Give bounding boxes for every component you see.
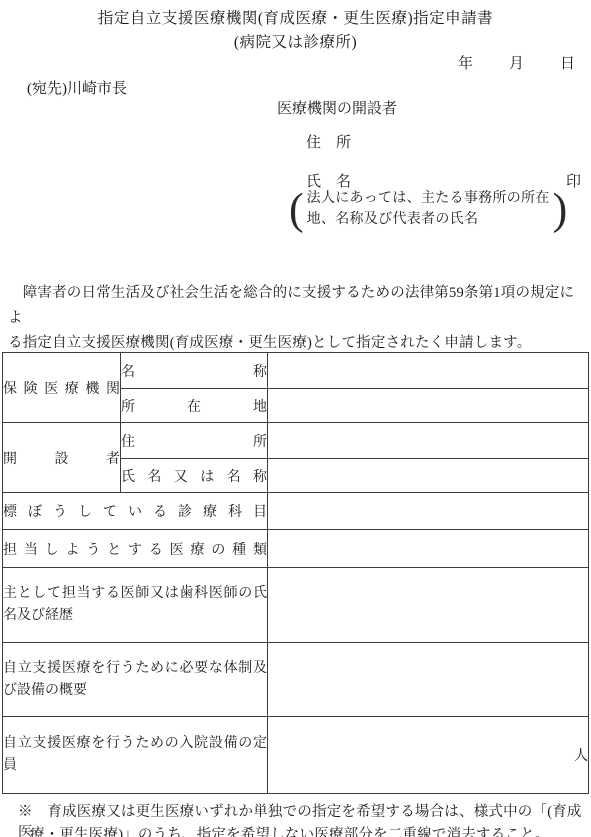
addressee-line: (宛先)川崎市長 [27,77,127,98]
medical-departments-input-area [268,493,589,530]
founder-name-label: 氏名又は名称 [121,459,268,493]
form-subtitle: (病院又は診療所) [0,30,591,52]
bracket-left-icon: ( [289,186,304,233]
institution-name-input-area [268,353,589,389]
corporate-note: ( 法人にあっては、主たる事務所の所在 地、名称及び代表者の氏名 ) [289,186,567,232]
founder-address-input-area [268,423,589,459]
seal-mark: 印 [566,170,581,191]
corporate-note-line: 地、名称及び代表者の氏名 [307,209,550,230]
opener-heading: 医療機関の開設者 [277,97,397,118]
system-facilities-input-area [268,643,589,717]
medical-care-type-label: 担当しようとする医療の種類 [3,530,268,568]
institution-location-label: 所在地 [121,389,268,423]
table-row: 自立支援医療を行うために必要な体制及び設備の概要 [3,643,589,717]
address-label: 住 所 [306,131,351,152]
statement-line: 障害者の日常生活及び社会生活を総合的に支援するための法律第59条第1項の規定によ [8,281,586,331]
table-row: 標ぼうしている診療科目 [3,493,589,530]
application-form-page: 指定自立支援医療機関(育成医療・更生医療)指定申請書 (病院又は診療所) 年 月… [0,0,591,837]
footnote-line: 療・更生医療)」のうち、指定を希望しない医療部分を二重線で消去すること。 [30,823,550,837]
insurance-institution-group-label: 保険医療機関 [3,353,121,423]
table-row: 自立支援医療を行うための入院設備の定員 人 [3,717,589,794]
table-row: 主として担当する医師又は歯科医師の氏名及び経歴 [3,568,589,643]
founder-name-input-area [268,459,589,493]
founder-address-label: 住所 [121,423,268,459]
inpatient-capacity-label: 自立支援医療を行うための入院設備の定員 [3,717,268,794]
table-row: 担当しようとする医療の種類 [3,530,589,568]
application-form-table: 保険医療機関 名称 所在地 開設者 住所 氏名又は名称 標ぼうしている診療科目 [2,352,589,794]
date-line: 年 月 日 [458,52,577,73]
bracket-right-icon: ) [553,186,568,233]
form-title: 指定自立支援医療機関(育成医療・更生医療)指定申請書 [0,6,591,28]
corporate-note-text: 法人にあっては、主たる事務所の所在 地、名称及び代表者の氏名 [307,188,550,230]
institution-location-input-area [268,389,589,423]
doctor-name-career-label: 主として担当する医師又は歯科医師の氏名及び経歴 [3,568,268,643]
table-row: 保険医療機関 名称 [3,353,589,389]
medical-departments-label: 標ぼうしている診療科目 [3,493,268,530]
founder-group-label: 開設者 [3,423,121,493]
institution-name-label: 名称 [121,353,268,389]
doctor-name-career-input-area [268,568,589,643]
corporate-note-line: 法人にあっては、主たる事務所の所在 [307,188,550,209]
application-statement: 障害者の日常生活及び社会生活を総合的に支援するための法律第59条第1項の規定によ… [8,281,586,356]
medical-care-type-input-area [268,530,589,568]
table-row: 開設者 住所 [3,423,589,459]
system-facilities-label: 自立支援医療を行うために必要な体制及び設備の概要 [3,643,268,717]
inpatient-capacity-unit: 人 [268,717,589,794]
